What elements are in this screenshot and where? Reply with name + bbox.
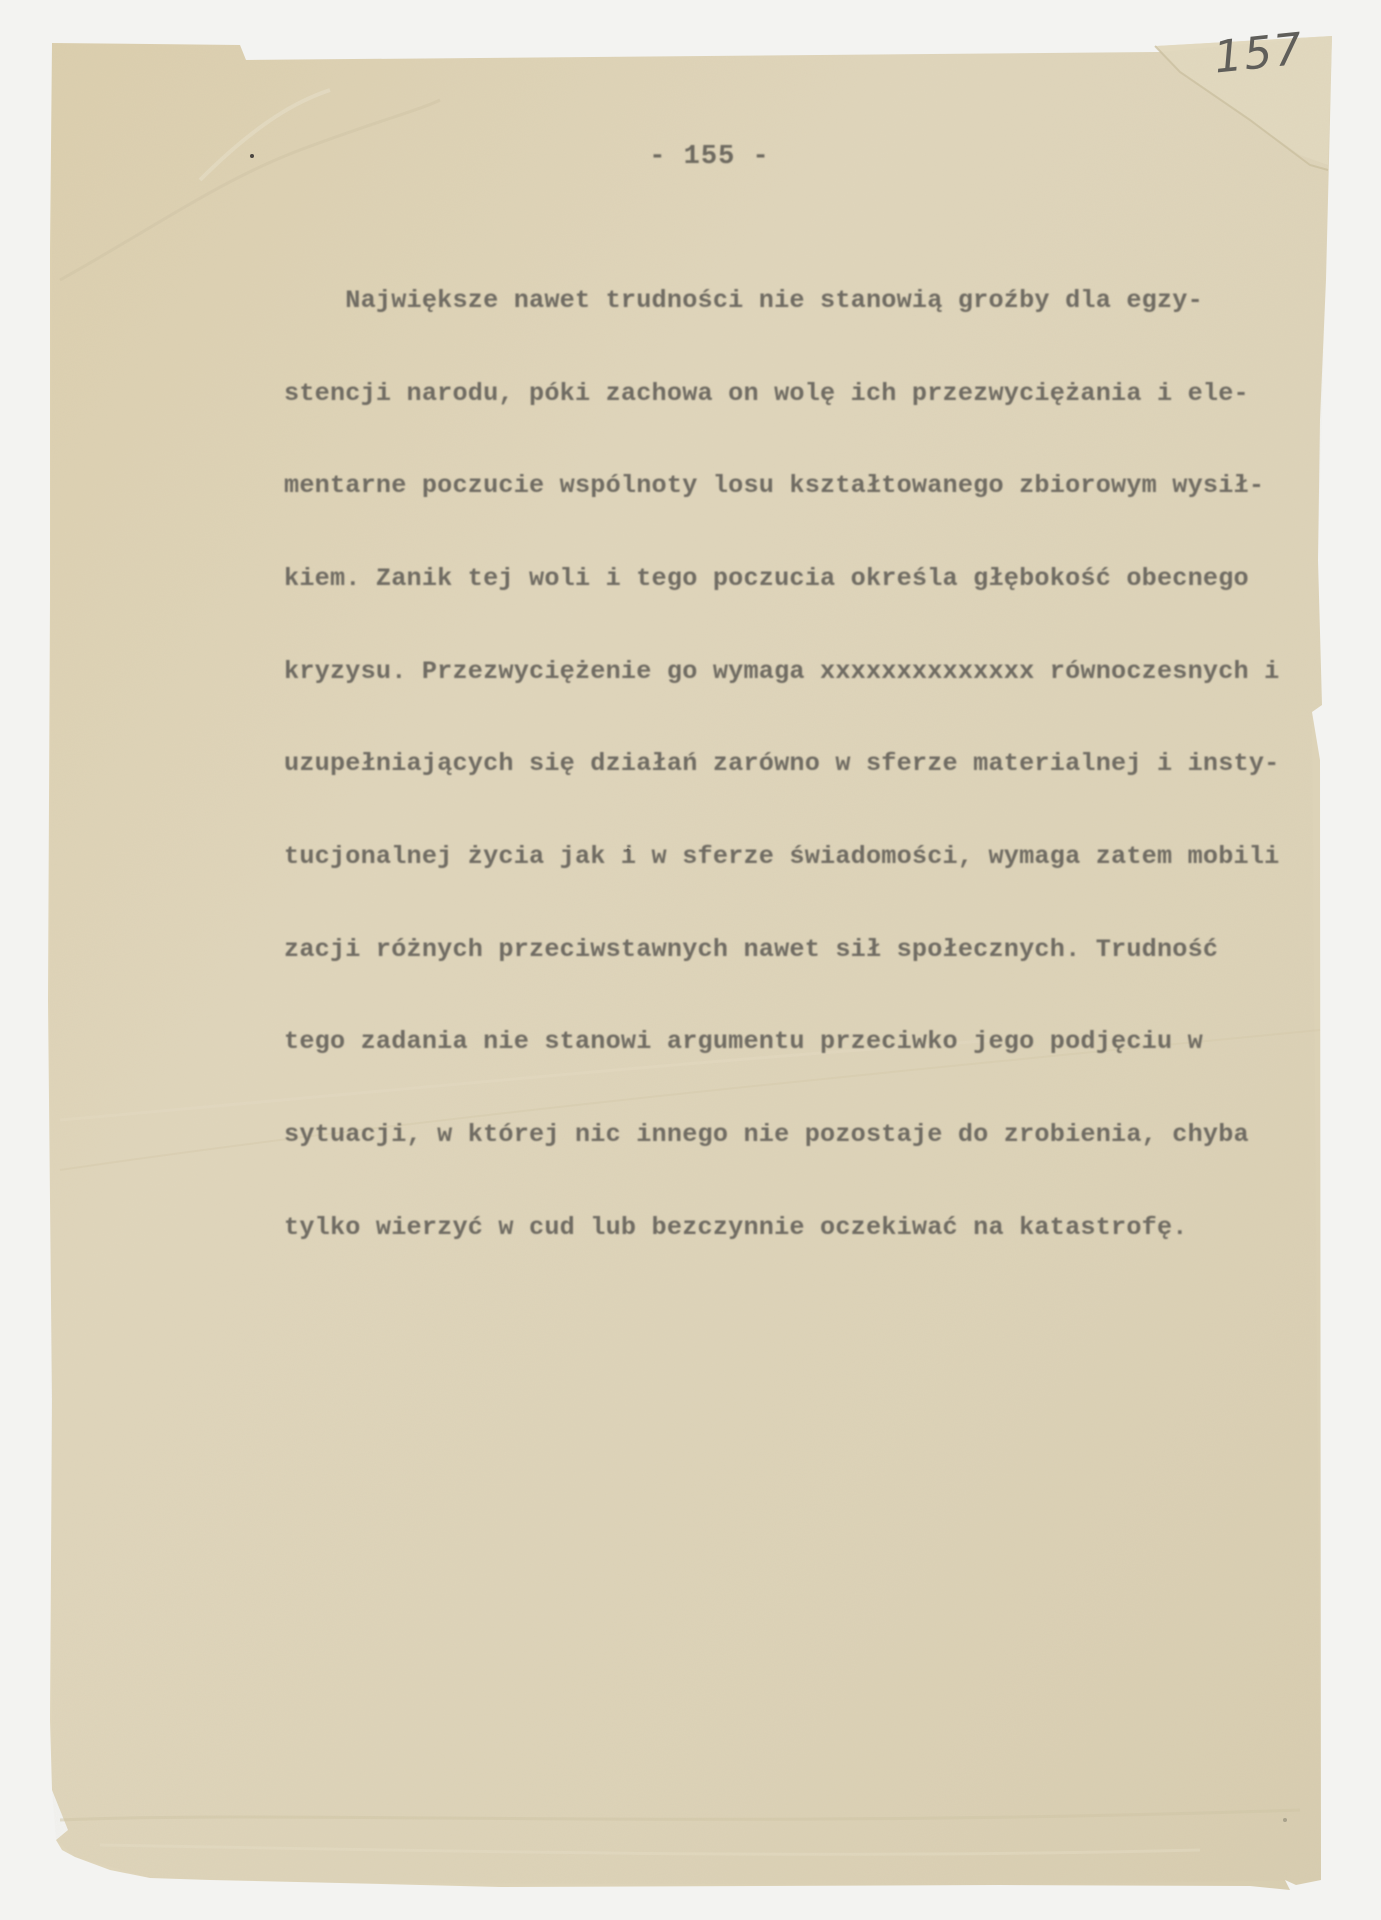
paragraph-line: tucjonalnej życia jak i w sferze świadom…	[284, 842, 1344, 873]
page-number: - 155 -	[0, 142, 1381, 172]
paragraph-line: kryzysu. Przezwyciężenie go wymaga xxxxx…	[284, 657, 1344, 688]
paragraph-line: zacji różnych przeciwstawnych nawet sił …	[284, 935, 1344, 966]
paragraph-line: uzupełniających się działań zarówno w sf…	[284, 749, 1344, 780]
paragraph-line: tylko wierzyć w cud lub bezczynnie oczek…	[284, 1213, 1344, 1244]
paragraph-line: mentarne poczucie wspólnoty losu kształt…	[284, 471, 1344, 502]
paragraph-line: sytuacji, w której nic innego nie pozost…	[284, 1120, 1344, 1151]
paragraph-line: stencji narodu, póki zachowa on wolę ich…	[284, 379, 1344, 410]
archive-page-number: 157	[1212, 23, 1307, 83]
paragraph-line: kiem. Zanik tej woli i tego poczucia okr…	[284, 564, 1344, 595]
paragraph-line: tego zadania nie stanowi argumentu przec…	[284, 1027, 1344, 1058]
typewritten-paragraph: Największe nawet trudności nie stanowią …	[284, 224, 1344, 1275]
paragraph-line: Największe nawet trudności nie stanowią …	[284, 286, 1344, 317]
